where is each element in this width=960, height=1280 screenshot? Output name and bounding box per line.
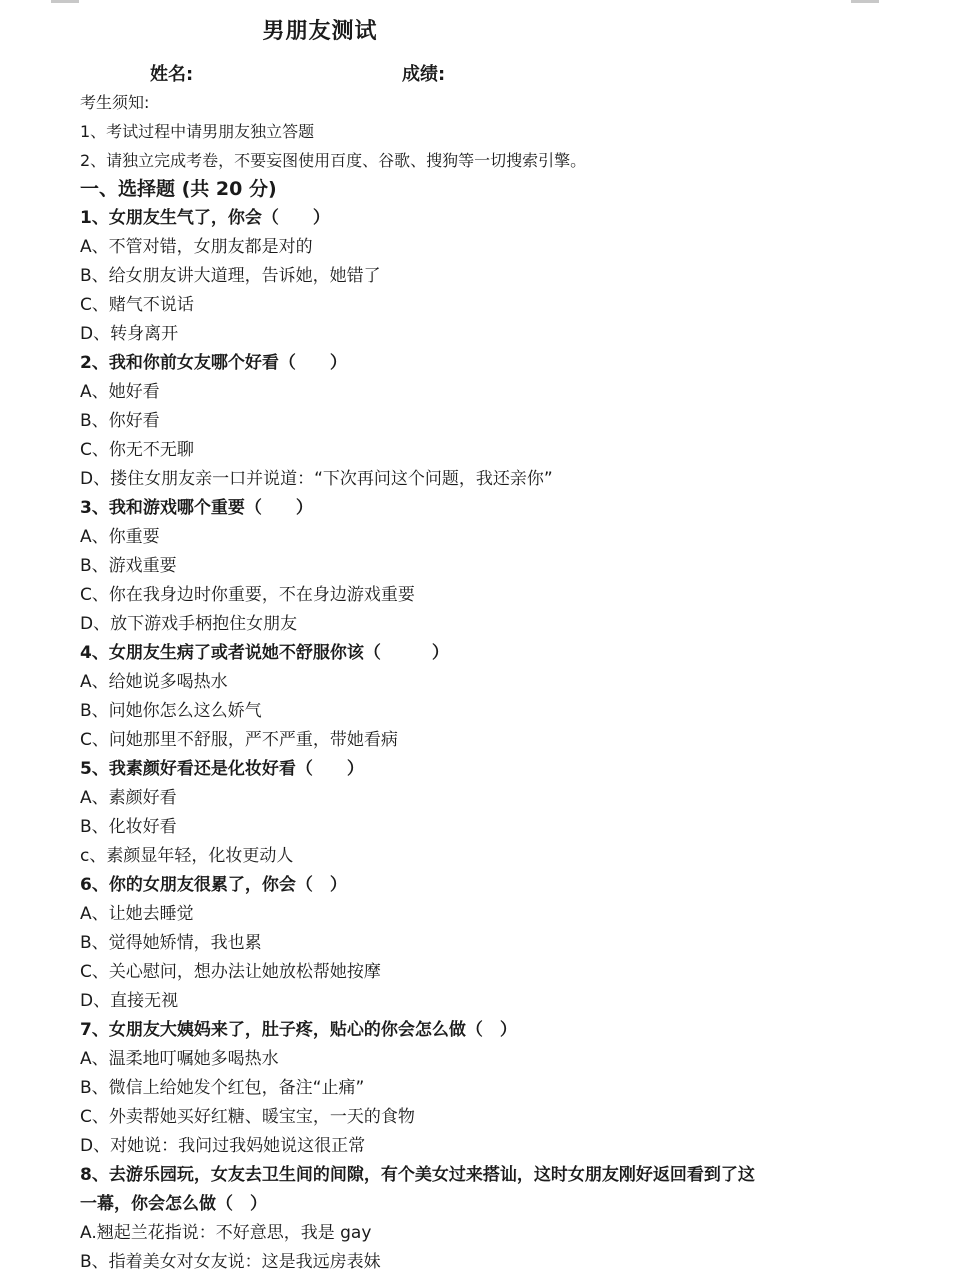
- notice-item: 1、考试过程中请男朋友独立答题: [80, 117, 900, 146]
- option: A、温柔地叮嘱她多喝热水: [80, 1045, 900, 1074]
- option: D、搂住女朋友亲一口并说道：“下次再问这个问题，我还亲你”: [80, 465, 900, 494]
- option: D、放下游戏手柄抱住女朋友: [80, 610, 900, 639]
- question-4: 4、女朋友生病了或者说她不舒服你该（ ）: [80, 639, 900, 668]
- option: c、素颜显年轻，化妆更动人: [80, 842, 900, 871]
- option: B、你好看: [80, 407, 900, 436]
- option: C、关心慰问，想办法让她放松帮她按摩: [80, 958, 900, 987]
- option: C、你无不无聊: [80, 436, 900, 465]
- document-title: 男朋友测试: [0, 14, 640, 45]
- option: A、给她说多喝热水: [80, 668, 900, 697]
- question-8-continued: 一幕，你会怎么做（ ）: [80, 1190, 900, 1219]
- option: C、你在我身边时你重要，不在身边游戏重要: [80, 581, 900, 610]
- option: A、她好看: [80, 378, 900, 407]
- option: C、问她那里不舒服，严不严重，带她看病: [80, 726, 900, 755]
- name-label: 姓名:: [150, 60, 193, 86]
- score-label: 成绩:: [402, 60, 445, 86]
- document-body: 考生须知: 1、考试过程中请男朋友独立答题 2、请独立完成考卷，不要妄图使用百度…: [80, 88, 900, 1277]
- question-6: 6、你的女朋友很累了，你会（ ）: [80, 871, 900, 900]
- option: A、让她去睡觉: [80, 900, 900, 929]
- section-heading: 一、选择题 (共 20 分): [80, 175, 900, 204]
- option: B、觉得她矫情，我也累: [80, 929, 900, 958]
- option: B、给女朋友讲大道理，告诉她，她错了: [80, 262, 900, 291]
- option: C、外卖帮她买好红糖、暖宝宝，一天的食物: [80, 1103, 900, 1132]
- option: D、直接无视: [80, 987, 900, 1016]
- question-2: 2、我和你前女友哪个好看（ ）: [80, 349, 900, 378]
- question-7: 7、女朋友大姨妈来了，肚子疼，贴心的你会怎么做（ ）: [80, 1016, 900, 1045]
- option: A.翘起兰花指说：不好意思，我是 gay: [80, 1219, 900, 1248]
- corner-mark-left: [51, 0, 79, 3]
- option: C、赌气不说话: [80, 291, 900, 320]
- option: B、游戏重要: [80, 552, 900, 581]
- option: A、不管对错，女朋友都是对的: [80, 233, 900, 262]
- option: B、指着美女对女友说：这是我远房表妹: [80, 1248, 900, 1277]
- question-8: 8、去游乐园玩，女友去卫生间的间隙，有个美女过来搭讪，这时女朋友刚好返回看到了这: [80, 1161, 900, 1190]
- question-3: 3、我和游戏哪个重要（ ）: [80, 494, 900, 523]
- option: D、对她说：我问过我妈她说这很正常: [80, 1132, 900, 1161]
- question-1: 1、女朋友生气了，你会（ ）: [80, 204, 900, 233]
- option: B、问她你怎么这么娇气: [80, 697, 900, 726]
- option: B、微信上给她发个红包，备注“止痛”: [80, 1074, 900, 1103]
- option: B、化妆好看: [80, 813, 900, 842]
- notice-heading: 考生须知:: [80, 88, 900, 117]
- corner-mark-right: [851, 0, 879, 3]
- option: D、转身离开: [80, 320, 900, 349]
- option: A、素颜好看: [80, 784, 900, 813]
- option: A、你重要: [80, 523, 900, 552]
- notice-item: 2、请独立完成考卷，不要妄图使用百度、谷歌、搜狗等一切搜索引擎。: [80, 146, 900, 175]
- question-5: 5、我素颜好看还是化妆好看（ ）: [80, 755, 900, 784]
